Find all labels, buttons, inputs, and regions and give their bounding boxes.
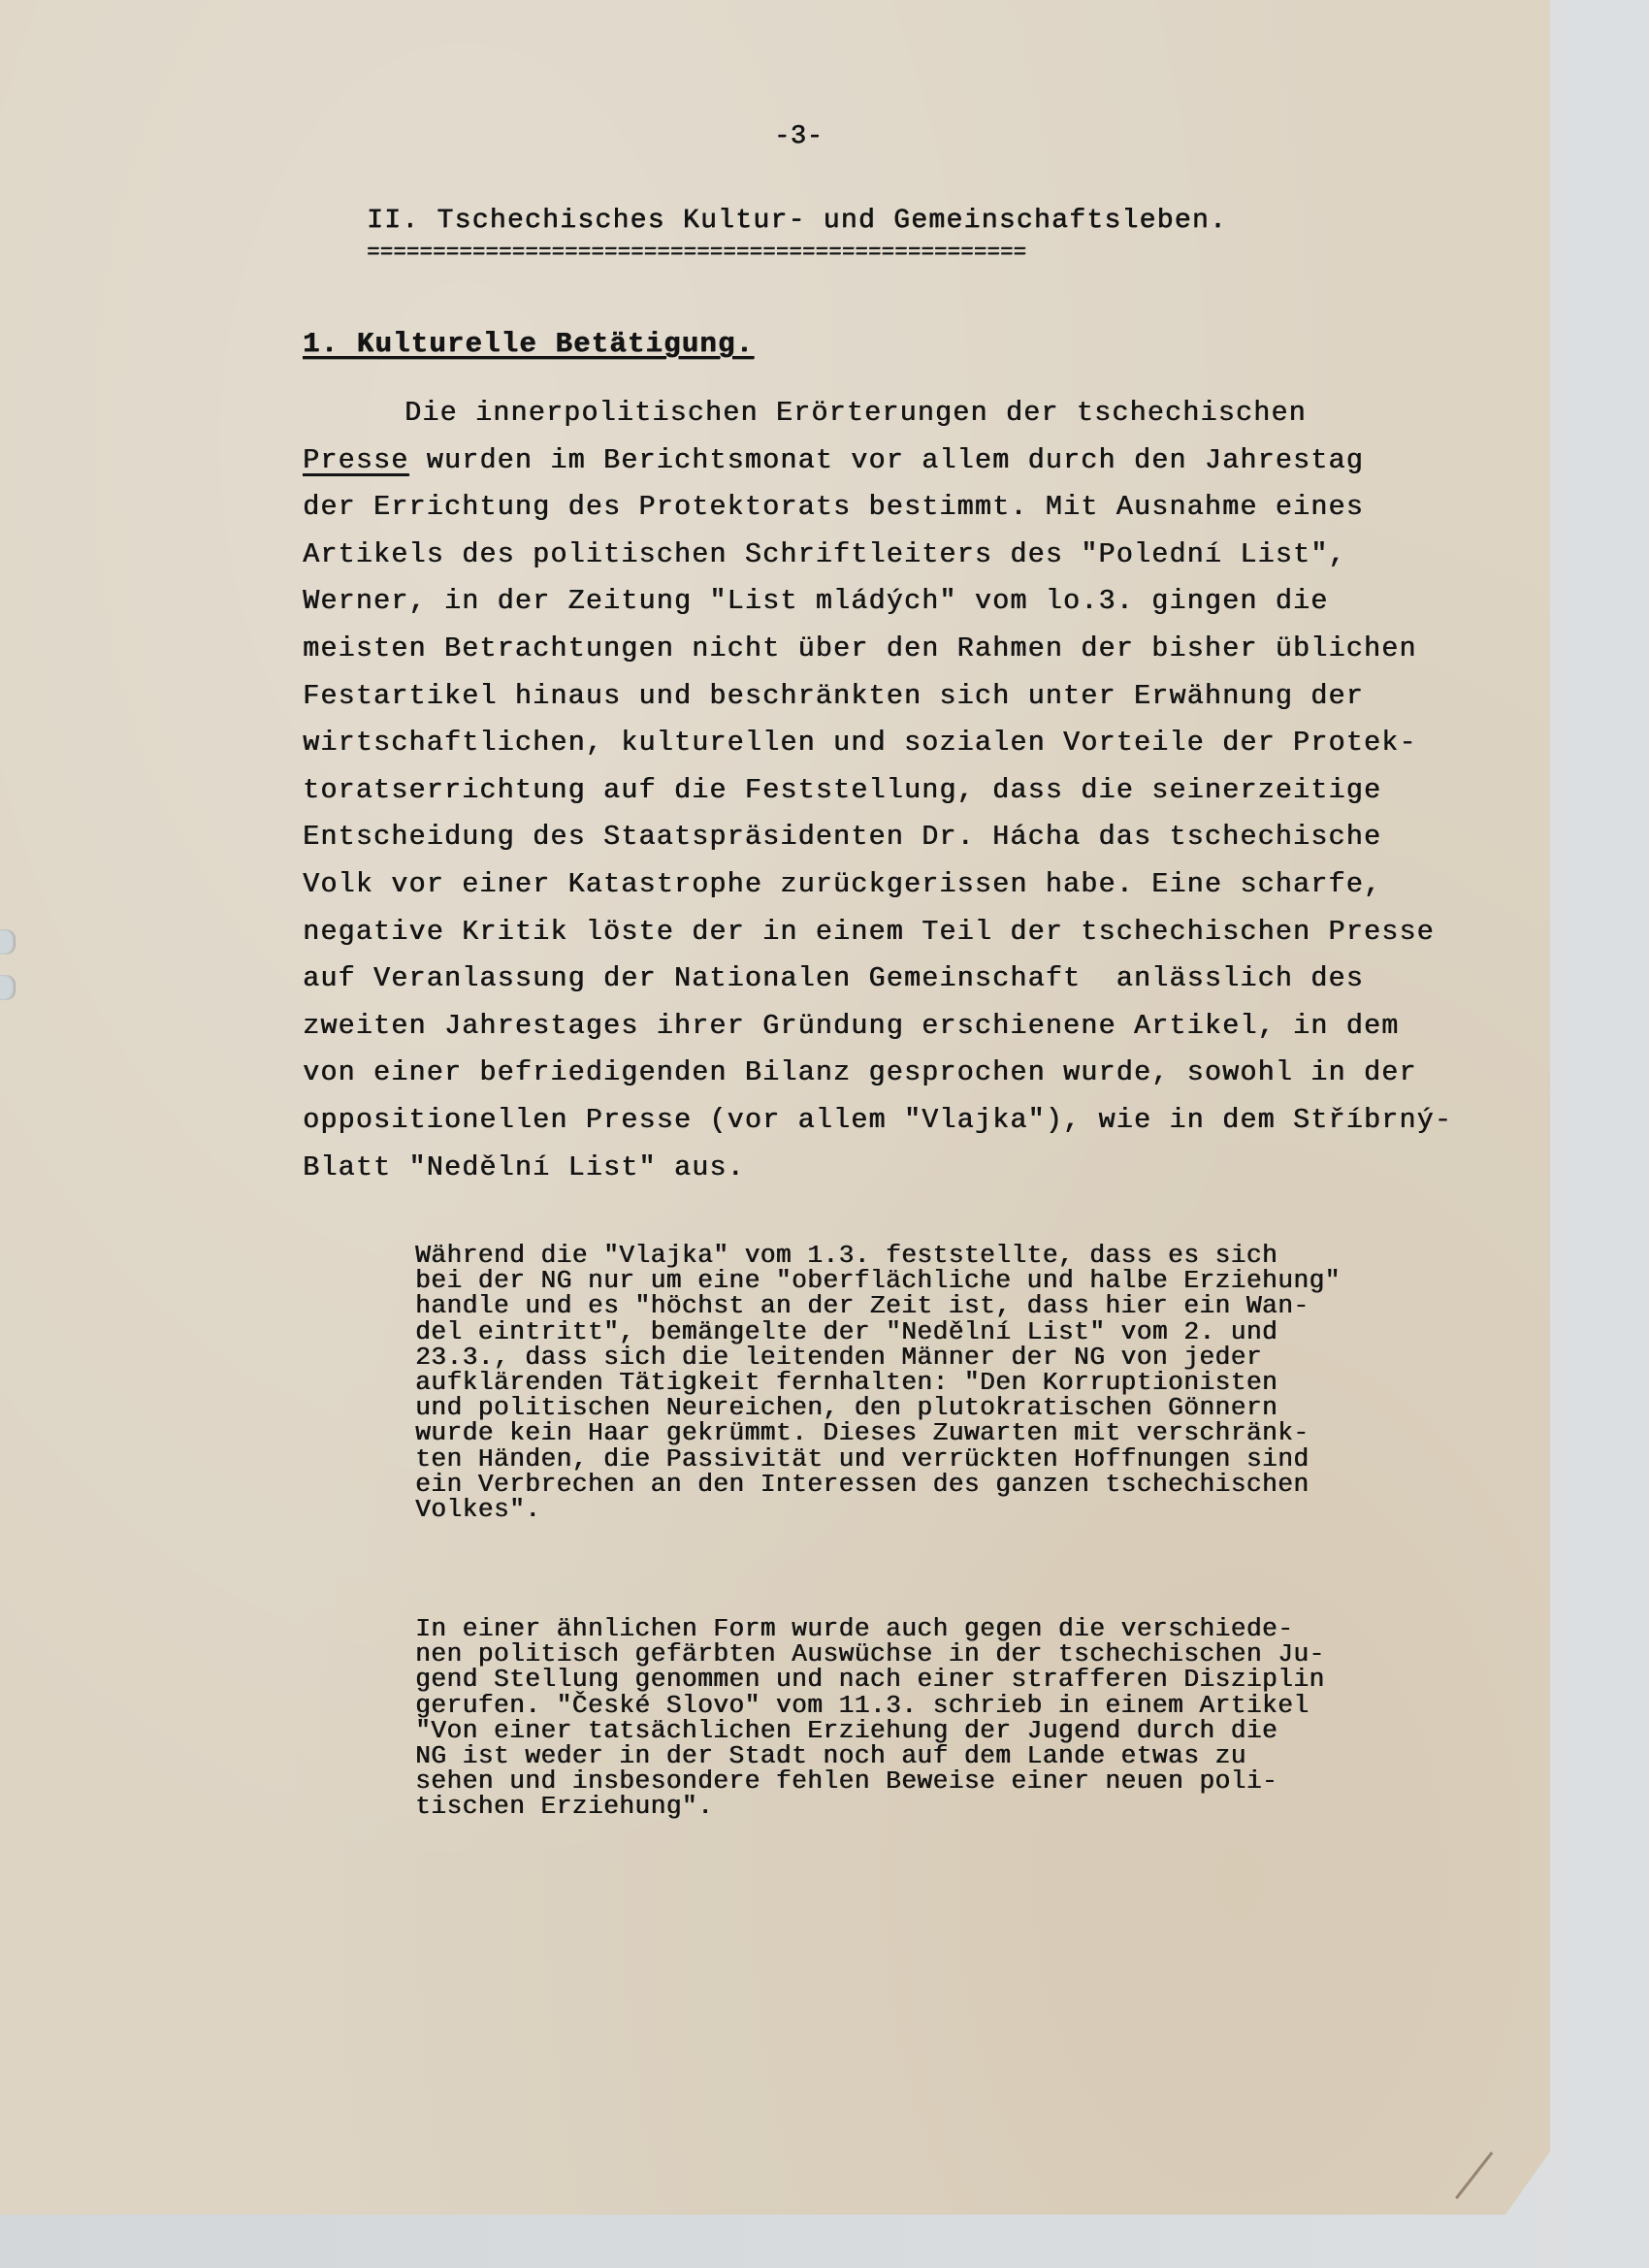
quote-line: "Von einer tatsächlichen Erziehung der J… (415, 1718, 1560, 1743)
quote-line: nen politisch gefärbten Auswüchse in der… (415, 1641, 1560, 1667)
quote-line: In einer ähnlichen Form wurde auch gegen… (415, 1616, 1560, 1641)
body-line: Blatt "Nedělní List" aus. (303, 1145, 1554, 1192)
section-title-double-underline: ========================================… (367, 241, 1026, 265)
body-line: negative Kritik löste der in einem Teil … (303, 909, 1554, 956)
punch-hole-mark (0, 975, 16, 1000)
underlined-word: Presse (303, 445, 408, 476)
quote-line: NG ist weder in der Stadt noch auf dem L… (415, 1743, 1560, 1768)
body-line: Festartikel hinaus und beschränkten sich… (303, 673, 1554, 721)
body-paragraph: Die innerpolitischen Erörterungen der ts… (303, 390, 1554, 1191)
body-line: zweiten Jahrestages ihrer Gründung ersch… (303, 1003, 1554, 1051)
body-line: Volk vor einer Katastrophe zurückgerisse… (303, 861, 1554, 909)
body-line-with-underline: Presse wurden im Berichtsmonat vor allem… (303, 437, 1554, 485)
subheading: 1. Kulturelle Betätigung. (303, 328, 754, 360)
quote-line: aufklärenden Tätigkeit fernhalten: "Den … (415, 1370, 1560, 1395)
quote-line: bei der NG nur um eine "oberflächliche u… (415, 1268, 1560, 1293)
body-line: von einer befriedigenden Bilanz gesproch… (303, 1050, 1554, 1097)
body-line: Entscheidung des Staatspräsidenten Dr. H… (303, 814, 1554, 861)
quoted-block-vlajka: Während die "Vlajka" vom 1.3. feststellt… (415, 1243, 1560, 1522)
quoted-block-ceske-slovo: In einer ähnlichen Form wurde auch gegen… (415, 1616, 1560, 1820)
body-line: der Errichtung des Protektorats bestimmt… (303, 484, 1554, 532)
section-title: II. Tschechisches Kultur- und Gemeinscha… (367, 206, 1227, 236)
quote-line: sehen und insbesondere fehlen Beweise ei… (415, 1768, 1560, 1794)
quote-line: del eintritt", bemängelte der "Nedělní L… (415, 1319, 1560, 1345)
quote-line: ein Verbrechen an den Interessen des gan… (415, 1472, 1560, 1497)
typewritten-page: -3- II. Tschechisches Kultur- und Gemein… (0, 0, 1550, 2215)
body-line: Artikels des politischen Schriftleiters … (303, 532, 1554, 579)
body-line: auf Veranlassung der Nationalen Gemeinsc… (303, 956, 1554, 1003)
quote-line: gend Stellung genommen und nach einer st… (415, 1667, 1560, 1692)
body-line: toratserrichtung auf die Feststellung, d… (303, 767, 1554, 815)
quote-line: 23.3., dass sich die leitenden Männer de… (415, 1345, 1560, 1370)
quote-line: tischen Erziehung". (415, 1794, 1560, 1819)
quote-line: wurde kein Haar gekrümmt. Dieses Zuwarte… (415, 1420, 1560, 1445)
body-line-rest: wurden im Berichtsmonat vor allem durch … (408, 445, 1363, 476)
torn-corner-crease (1455, 2152, 1493, 2199)
body-line: wirtschaftlichen, kulturellen und sozial… (303, 720, 1554, 767)
punch-hole-mark (0, 929, 16, 955)
body-line: oppositionellen Presse (vor allem "Vlajk… (303, 1097, 1554, 1145)
quote-line: handle und es "höchst an der Zeit ist, d… (415, 1293, 1560, 1318)
body-line: Die innerpolitischen Erörterungen der ts… (303, 390, 1554, 437)
quote-line: gerufen. "České Slovo" vom 11.3. schrieb… (415, 1693, 1560, 1718)
body-line: meisten Betrachtungen nicht über den Rah… (303, 626, 1554, 673)
quote-line: ten Händen, die Passivität und verrückte… (415, 1446, 1560, 1472)
quote-line: Volkes". (415, 1497, 1560, 1522)
body-line: Werner, in der Zeitung "List mládých" vo… (303, 578, 1554, 626)
quote-line: und politischen Neureichen, den plutokra… (415, 1395, 1560, 1420)
page-number: -3- (774, 122, 823, 151)
quote-line: Während die "Vlajka" vom 1.3. feststellt… (415, 1243, 1560, 1268)
